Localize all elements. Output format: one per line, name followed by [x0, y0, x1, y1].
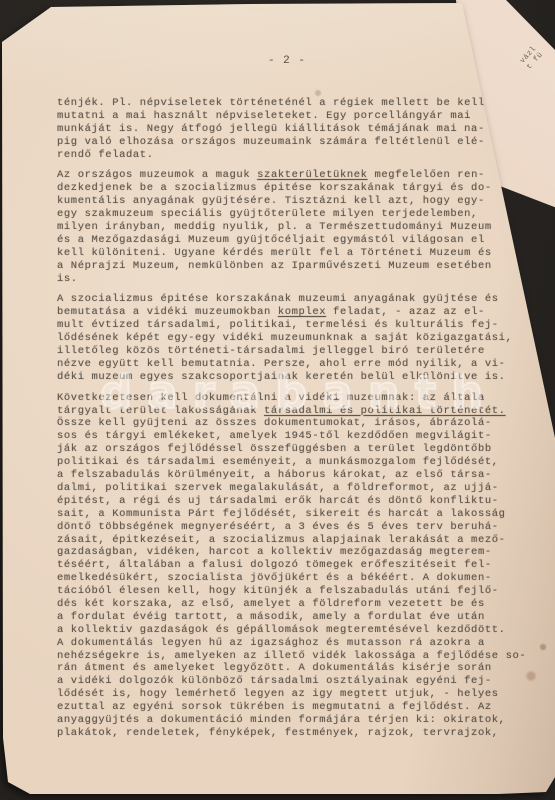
text-segment: Össze kell gyüjteni az összes dokumentum… — [57, 417, 492, 429]
text-segment: épitést, a régi és uj társadalmi erők ha… — [57, 495, 499, 507]
text-line: a vidéki dolgozók különböző társadalmi o… — [57, 675, 525, 688]
text-segment: ezuttal az egyéni sorsok tükrében is meg… — [57, 701, 492, 713]
text-line: a Néprajzi Muzeum, nemkülönben az Iparmű… — [57, 260, 525, 273]
text-line: kell különiteni. Ugyane kérdés merült fe… — [57, 247, 525, 260]
scanned-document-photo: vázl t fü - 2 - ténjék. Pl. népviseletek… — [0, 0, 555, 800]
text-line: a fordulat évéig tartott, a második, ame… — [57, 611, 525, 624]
text-segment: rán átment és amelyeket legyőzött. A dok… — [57, 662, 492, 674]
text-line: rán átment és amelyeket legyőzött. A dok… — [57, 662, 525, 675]
text-line: nézve együtt kell bemutatnia. Persze, ah… — [57, 358, 525, 371]
text-segment: döntő többségének megnyeréséért, a 3 éve… — [57, 521, 499, 533]
text-segment: lődésének képét egy-egy vidéki muzeumunk… — [57, 332, 512, 344]
page-number: - 2 - — [57, 55, 517, 67]
text-line: egy szakmuzeum speciális gyüjtőterülete … — [57, 208, 525, 221]
text-line: A szocializmus épitése korszakának muzeu… — [57, 293, 525, 306]
text-segment: emelkedésükért, szocialista jövőjükért é… — [57, 572, 492, 584]
text-segment: rendő feladat. — [57, 149, 154, 161]
text-segment: megfelelően ren- — [368, 169, 485, 181]
text-line: a kollektiv gazdaságok és gépállomások m… — [57, 624, 525, 637]
text-line: illetőleg közös történeti-társadalmi jel… — [57, 345, 525, 358]
text-line: sait, a Kommunista Párt fejlődését, sike… — [57, 508, 525, 521]
text-line: rendő feladat. — [57, 149, 525, 162]
text-line: téséért, általában a falusi dolgozó töme… — [57, 559, 525, 572]
text-segment: is. — [57, 273, 78, 285]
text-line: sos és tárgyi emlékeket, amelyek 1945-tő… — [57, 430, 525, 443]
text-line: kumentális anyagának gyüjtésére. Tisztáz… — [57, 195, 525, 208]
paragraph: A szocializmus épitése korszakának muzeu… — [57, 293, 525, 383]
text-segment: gazdaságban, vidéken, harcot a kollektiv… — [57, 546, 492, 558]
text-segment: téséért, általában a falusi dolgozó töme… — [57, 559, 492, 571]
text-line: lődésének képét egy-egy vidéki muzeumunk… — [57, 332, 525, 345]
text-line: milyen irányban, meddig nyulik, pl. a Te… — [57, 221, 525, 234]
text-segment: dezkedjenek be a szocializmus épitése ko… — [57, 182, 492, 194]
text-line: ténjék. Pl. népviseletek történeténél a … — [57, 97, 525, 110]
text-segment: feladat, - azaz az el- — [326, 306, 485, 318]
text-segment: a felszabadulás körülményeit, a háborus … — [57, 469, 492, 481]
text-line: dalmi, politikai szervek megalakulását, … — [57, 482, 525, 495]
text-line: nehézségekre is, amelyeken az illető vid… — [57, 650, 525, 663]
text-segment: egy szakmuzeum speciális gyüjtőterülete … — [57, 208, 478, 220]
text-line: plakátok, rendeletek, fényképek, festmén… — [57, 727, 525, 740]
text-line: döntő többségének megnyeréséért, a 3 éve… — [57, 521, 525, 534]
typewritten-text: ténjék. Pl. népviseletek történeténél a … — [57, 97, 525, 740]
text-line: ezuttal az egyéni sorsok tükrében is meg… — [57, 701, 525, 714]
text-line: és a Mezőgazdasági Muzeum gyüjtőcéljait … — [57, 234, 525, 247]
document-page-wrap: - 2 - ténjék. Pl. népviseletek történeté… — [0, 0, 555, 800]
text-segment: milyen irányban, meddig nyulik, pl. a Te… — [57, 221, 492, 233]
text-line: is. — [57, 273, 525, 286]
text-segment: a Néprajzi Muzeum, nemkülönben az Iparmű… — [57, 260, 492, 272]
underlined-text: szakterületüknek — [257, 169, 367, 181]
text-line: mutatni a mai használt népviseleteket. E… — [57, 110, 525, 123]
text-line: emelkedésükért, szocialista jövőjükért é… — [57, 572, 525, 585]
text-line: pig való elhozása országos muzeumaink sz… — [57, 136, 525, 149]
text-segment: mult évtized társadalmi, politikai, term… — [57, 319, 499, 331]
paragraph: Az országos muzeumok a maguk szakterület… — [57, 169, 525, 285]
text-line: tárgyalt terület lakosságának társadalmi… — [57, 405, 525, 418]
document-page: - 2 - ténjék. Pl. népviseletek történeté… — [0, 0, 555, 800]
underlined-text: komplex — [278, 306, 326, 318]
text-segment: kell különiteni. Ugyane kérdés merült fe… — [57, 247, 492, 259]
text-segment: plakátok, rendeletek, fényképek, festmén… — [57, 727, 499, 739]
text-segment: illetőleg közös történeti-társadalmi jel… — [57, 345, 485, 357]
text-segment: ják az országos fejlődéssel összefüggésb… — [57, 443, 492, 455]
text-line: gazdaságban, vidéken, harcot a kollektiv… — [57, 546, 525, 559]
text-segment: mutatni a mai használt népviseleteket. E… — [57, 110, 471, 122]
text-line: épitést, a régi és uj társadalmi erők ha… — [57, 495, 525, 508]
text-segment: munkáját is. Negy átfogó jellegü kiállit… — [57, 123, 485, 135]
text-line: a felszabadulás körülményeit, a háborus … — [57, 469, 525, 482]
text-line: bemutatása a vidéki muzeumokban komplex … — [57, 306, 525, 319]
text-line: tációból élesen kell, hogy kitünjék a fe… — [57, 585, 525, 598]
text-segment: pig való elhozása országos muzeumaink sz… — [57, 136, 485, 148]
text-line: déki muzeum egyes szakcsoportjainak kere… — [57, 371, 525, 384]
text-segment: A dokumentálás legyen hű az igazsághoz é… — [57, 637, 485, 649]
text-line: lődését is, hogy lemérhető legyen az igy… — [57, 688, 525, 701]
text-line: ják az országos fejlődéssel összefüggésb… — [57, 443, 525, 456]
text-segment: tárgyalt terület lakosságának — [57, 405, 264, 417]
text-line: anyaggyüjtés a dokumentáció minden formá… — [57, 714, 525, 727]
text-segment: a vidéki dolgozók különböző társadalmi o… — [57, 675, 492, 687]
text-segment: és a Mezőgazdasági Muzeum gyüjtőcéljait … — [57, 234, 485, 246]
text-line: A dokumentálás legyen hű az igazsághoz é… — [57, 637, 525, 650]
text-segment: nézve együtt kell bemutatnia. Persze, ah… — [57, 358, 506, 370]
text-line: Össze kell gyüjteni az összes dokumentum… — [57, 417, 525, 430]
text-line: politikai és társadalmi eseményeit, a mu… — [57, 456, 525, 469]
underlined-text: társadalmi és politikai történetét. — [264, 405, 506, 417]
text-segment: a kollektiv gazdaságok és gépállomások m… — [57, 624, 506, 636]
text-segment: lődését is, hogy lemérhető legyen az igy… — [57, 688, 499, 700]
text-segment: kumentális anyagának gyüjtésére. Tisztáz… — [57, 195, 485, 207]
text-segment: Az országos muzeumok a maguk — [57, 169, 257, 181]
text-segment: sait, a Kommunista Párt fejlődését, sike… — [57, 508, 506, 520]
text-segment: dés két korszaka, az első, amelyet a föl… — [57, 598, 485, 610]
paragraph: Következetesen kell dokumentálni a vidék… — [57, 392, 525, 740]
paragraph: ténjék. Pl. népviseletek történeténél a … — [57, 97, 525, 161]
text-line: mult évtized társadalmi, politikai, term… — [57, 319, 525, 332]
text-line: dezkedjenek be a szocializmus épitése ko… — [57, 182, 525, 195]
text-segment: tációból élesen kell, hogy kitünjék a fe… — [57, 585, 499, 597]
text-segment: déki muzeum egyes szakcsoportjainak kere… — [57, 371, 506, 383]
text-segment: A szocializmus épitése korszakának muzeu… — [57, 293, 499, 305]
text-line: dés két korszaka, az első, amelyet a föl… — [57, 598, 525, 611]
text-segment: anyaggyüjtés a dokumentáció minden formá… — [57, 714, 506, 726]
text-segment: politikai és társadalmi eseményeit, a mu… — [57, 456, 499, 468]
text-line: Következetesen kell dokumentálni a vidék… — [57, 392, 525, 405]
text-segment: nehézségekre is, amelyeken az illető vid… — [57, 650, 526, 662]
text-segment: dalmi, politikai szervek megalakulását, … — [57, 482, 499, 494]
text-segment: Következetesen kell dokumentálni a vidék… — [57, 392, 485, 404]
text-segment: sos és tárgyi emlékeket, amelyek 1945-tő… — [57, 430, 492, 442]
text-line: munkáját is. Negy átfogó jellegü kiállit… — [57, 123, 525, 136]
text-segment: zásait, épitkezéseit, a szocializmus ala… — [57, 534, 506, 546]
text-segment: ténjék. Pl. népviseletek történeténél a … — [57, 97, 485, 109]
text-segment: a fordulat évéig tartott, a második, ame… — [57, 611, 485, 623]
text-line: zásait, épitkezéseit, a szocializmus ala… — [57, 534, 525, 547]
text-segment: bemutatása a vidéki muzeumokban — [57, 306, 278, 318]
text-line: Az országos muzeumok a maguk szakterület… — [57, 169, 525, 182]
